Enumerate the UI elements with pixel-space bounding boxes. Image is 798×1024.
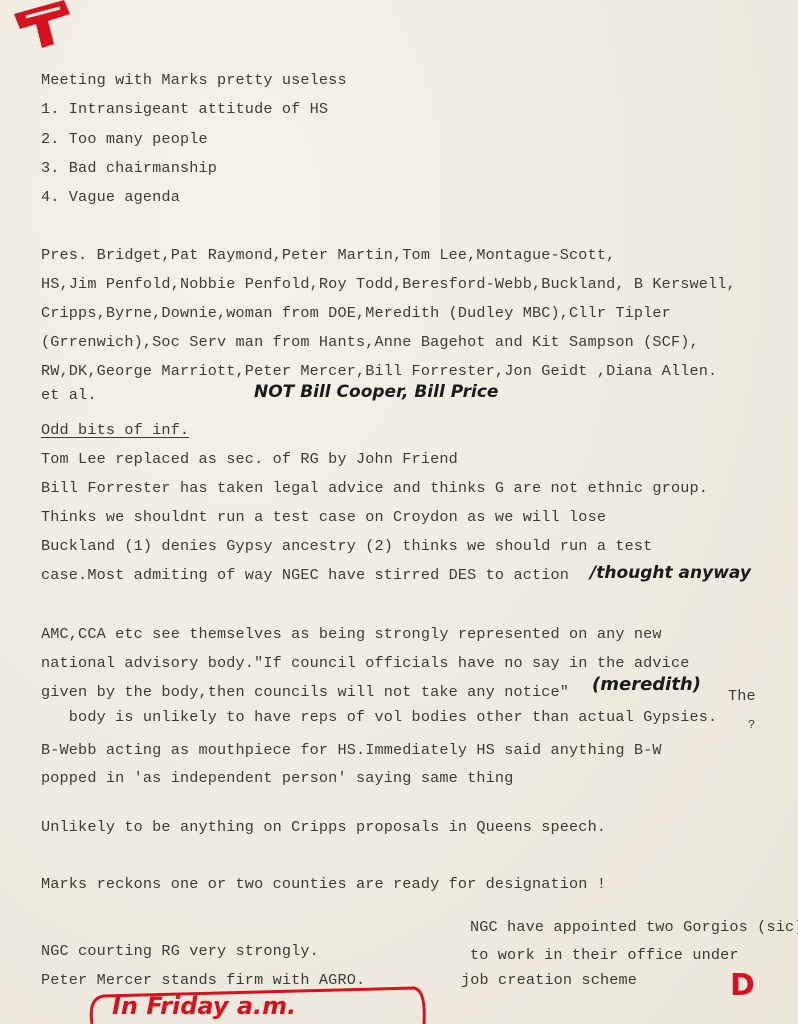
odd-bits-line-2: Bill Forrester has taken legal advice an… [41, 479, 708, 497]
odd-bits-line-5: case.Most admiting of way NGEC have stir… [41, 566, 569, 584]
point-4: 4. Vague agenda [41, 188, 180, 206]
ngc-left-line-1: NGC courting RG very strongly. [41, 942, 319, 960]
odd-bits-line-1: Tom Lee replaced as sec. of RG by John F… [41, 450, 458, 468]
point-2: 2. Too many people [41, 130, 208, 148]
memo-heading: Meeting with Marks pretty useless [41, 71, 347, 89]
bwebb-line-2: popped in 'as independent person' saying… [41, 769, 513, 787]
point-3: 3. Bad chairmanship [41, 159, 217, 177]
amc-line-2: national advisory body."If council offic… [41, 654, 689, 672]
amc-line-1: AMC,CCA etc see themselves as being stro… [41, 625, 662, 643]
ngc-right-line-2: to work in their office under [470, 946, 739, 964]
present-line-4: (Grrenwich),Soc Serv man from Hants,Anne… [41, 333, 699, 351]
present-line-2: HS,Jim Penfold,Nobbie Penfold,Roy Todd,B… [41, 275, 736, 293]
bwebb-line-1: B-Webb acting as mouthpiece for HS.Immed… [41, 741, 662, 759]
present-line-1: Pres. Bridget,Pat Raymond,Peter Martin,T… [41, 246, 615, 264]
red-t-stamp-icon [12, 0, 86, 50]
thought-anyway-annotation: /thought anyway [590, 563, 751, 583]
odd-bits-heading: Odd bits of inf. [41, 421, 189, 439]
memo-page: Meeting with Marks pretty useless 1. Int… [0, 0, 798, 1024]
amc-line-4: body is unlikely to have reps of vol bod… [41, 708, 717, 726]
ngc-right-line-1: NGC have appointed two Gorgios (sic) [470, 918, 798, 936]
cripps-line: Unlikely to be anything on Cripps propos… [41, 818, 606, 836]
amc-line-3-tail: The [728, 687, 756, 705]
friday-annotation: In Friday a.m. [112, 992, 296, 1020]
not-attendees-annotation: NOT Bill Cooper, Bill Price [254, 382, 498, 402]
meredith-annotation: (meredith) [592, 674, 701, 695]
corner-d-mark: D [730, 968, 755, 1003]
odd-bits-line-3: Thinks we shouldnt run a test case on Cr… [41, 508, 606, 526]
marks-line: Marks reckons one or two counties are re… [41, 875, 606, 893]
point-1: 1. Intransigeant attitude of HS [41, 100, 328, 118]
amc-line-3: given by the body,then councils will not… [41, 683, 569, 701]
present-line-6: et al. [41, 386, 97, 404]
odd-bits-line-4: Buckland (1) denies Gypsy ancestry (2) t… [41, 537, 652, 555]
present-line-5: RW,DK,George Marriott,Peter Mercer,Bill … [41, 362, 717, 380]
question-mark: ? [748, 716, 755, 734]
ngc-right-line-3: job creation scheme [461, 971, 637, 989]
present-line-3: Cripps,Byrne,Downie,woman from DOE,Mered… [41, 304, 671, 322]
